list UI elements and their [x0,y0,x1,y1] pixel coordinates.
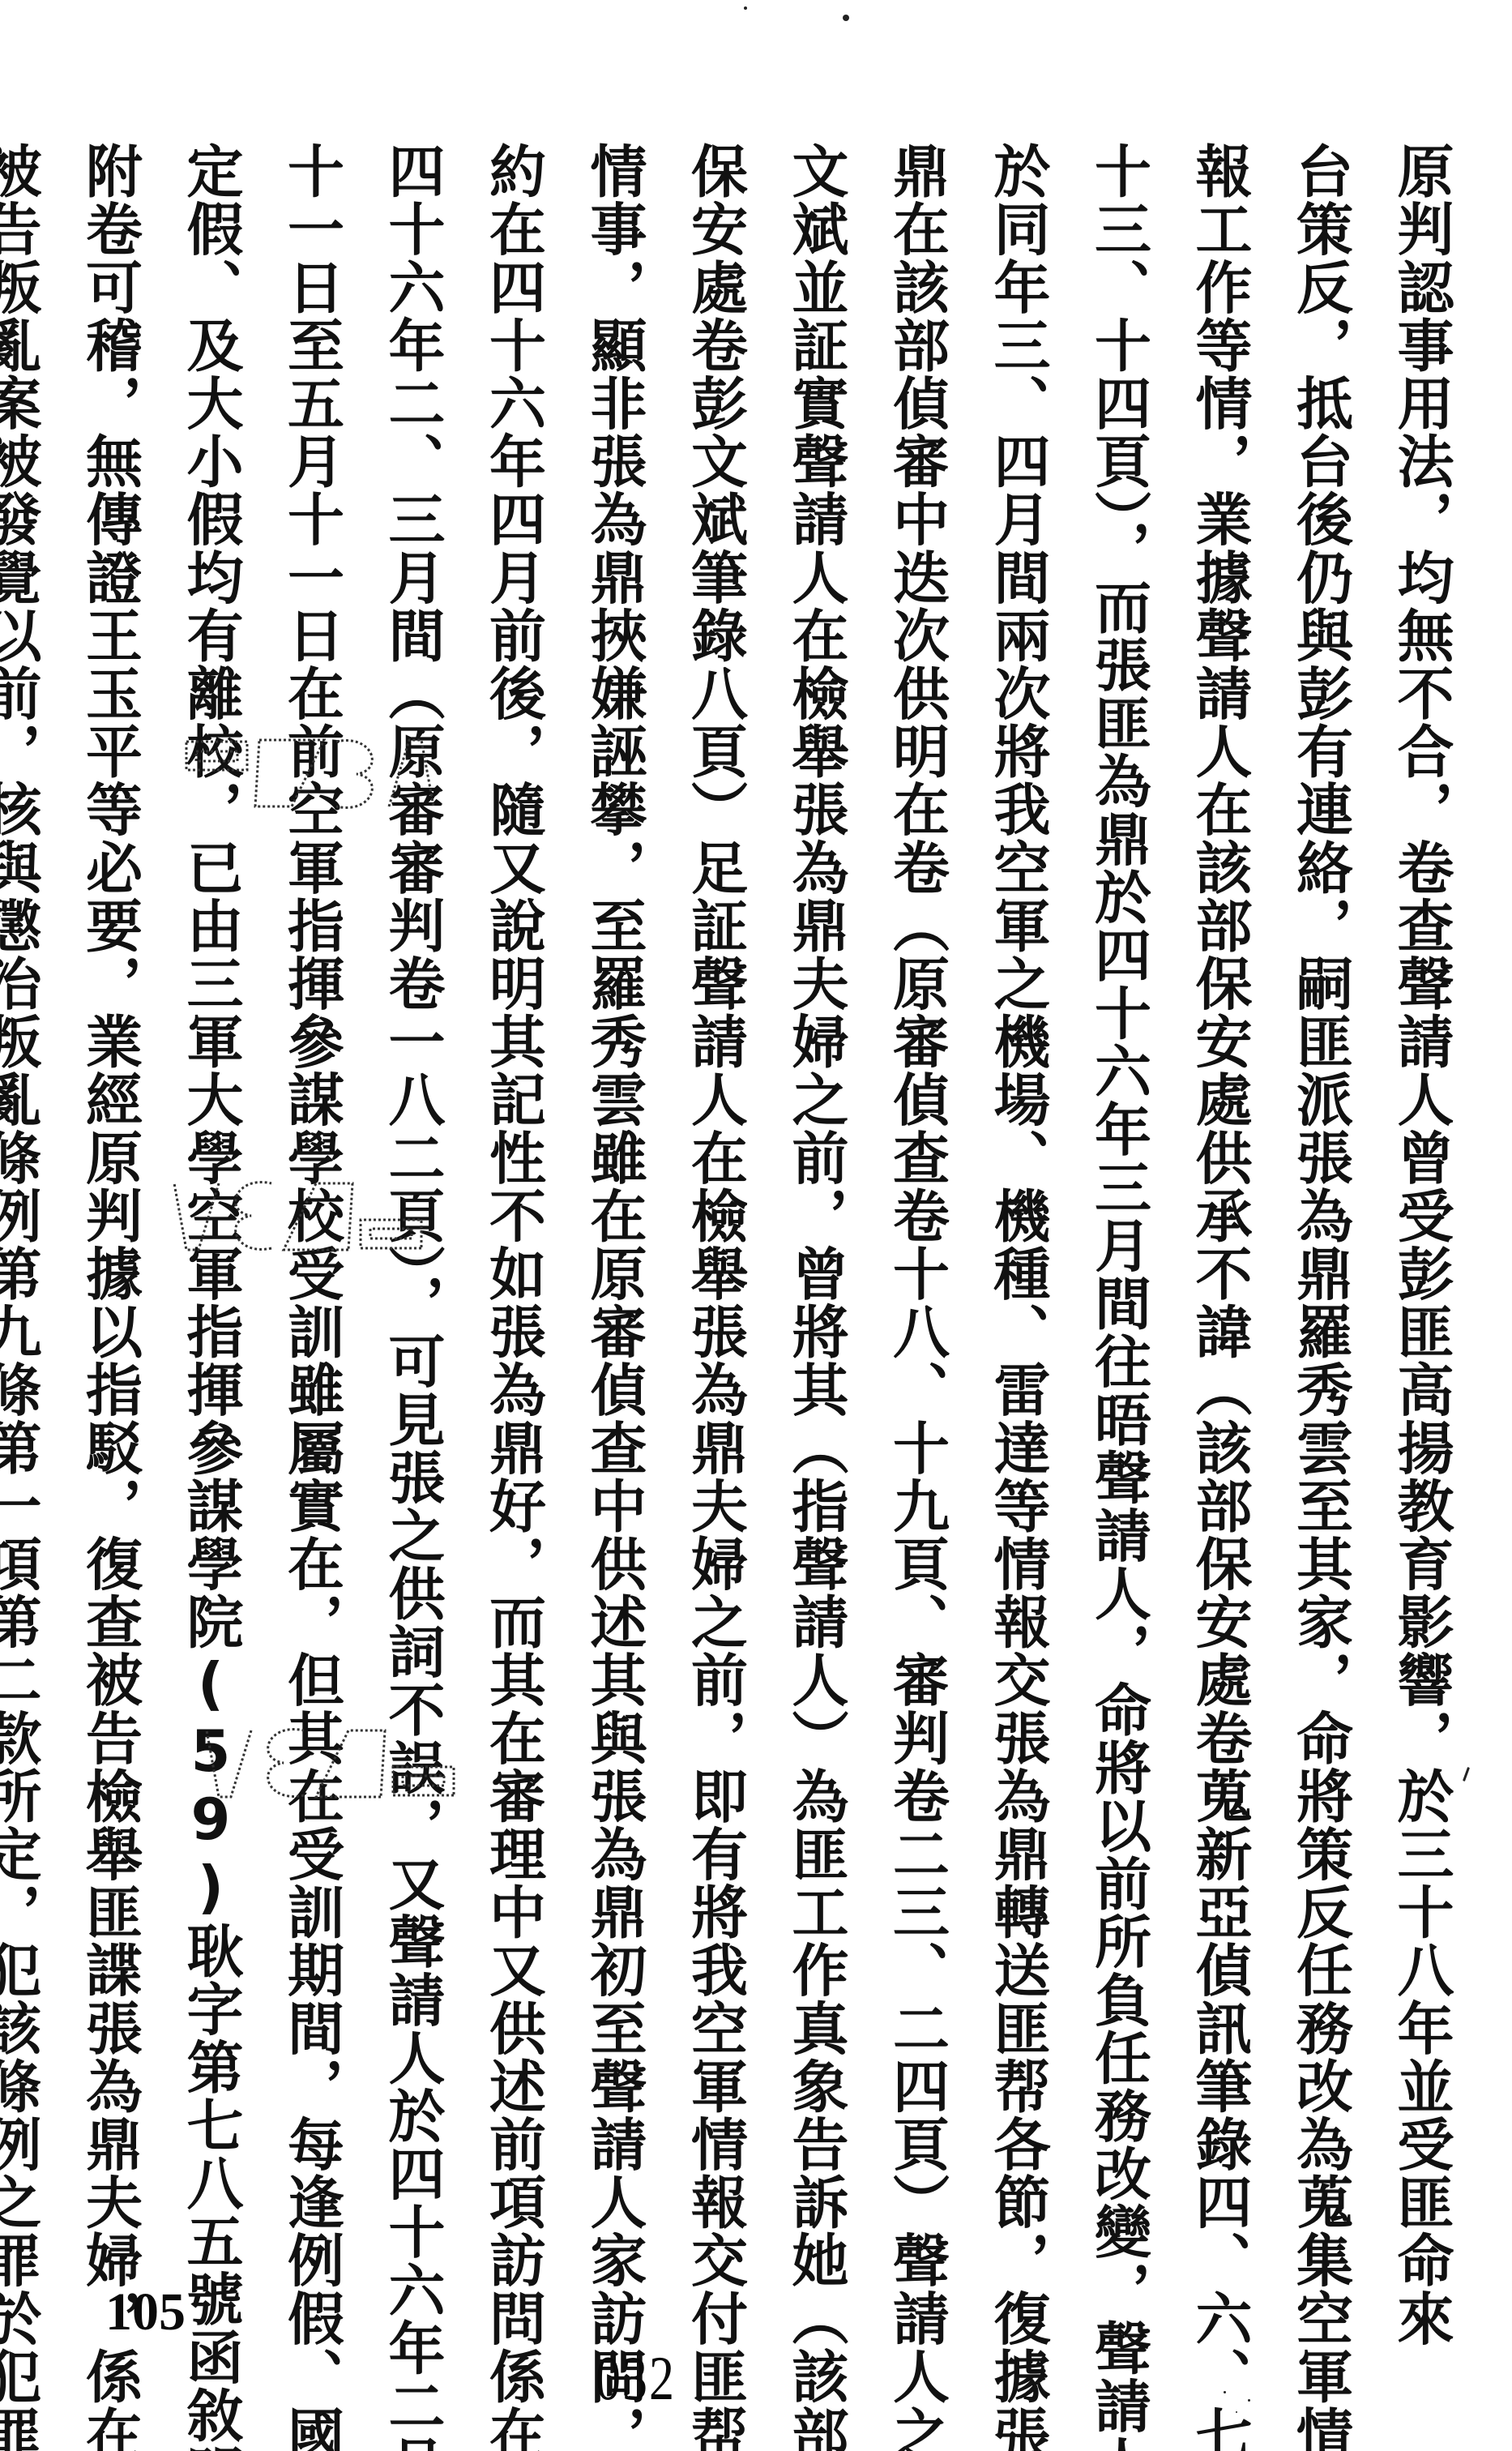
text-column-6: 鼎在該部偵審中迭次供明在卷（原審偵查卷十八、十九頁、審判卷二三、二四頁）聲請人之… [866,142,967,2217]
text-column-9: 情事，顯非張為鼎挾嫌誣攀，至羅秀雲雖在原審偵查中供述其與張為鼎初至聲請人家訪問， [564,142,665,2217]
text-column-12: 十一日至五月十一日在前空軍指揮參謀學校受訓雖屬實在，但其在受訓期間，每逢例假、國 [261,142,362,2217]
text-column-5: 於同年三、四月間兩次將我空軍之機場、機種、雷達等情報交張為鼎轉送匪帮各節，復據張… [967,142,1069,2217]
text-column-2: 台策反，抵台後仍與彭有連絡，嗣匪派張為鼎羅秀雲至其家，命將策反任務改為蒐集空軍情 [1270,142,1371,2217]
text-column-8: 保安處卷彭文斌筆錄八頁）足証聲請人在檢舉張為鼎夫婦之前，即有將我空軍情報交付匪帮 [664,142,766,2217]
text-column-14: 附卷可稽，無傳證王玉平等必要，業經原判據以指駁，復查被告檢舉匪諜張為鼎夫婦，係在 [59,142,160,2217]
text-column-11: 四十六年二、三月間（原審審判卷一八二頁），可見張之供詞不誤，又聲請人於四十六年二… [362,142,463,2217]
text-column-15: 被告叛亂案被發覺以前，核與懲治叛亂條例第九條第一項第二款所定，犯該條例之罪於犯罪 [0,142,59,2217]
text-column-1: 原判認事用法，均無不合，卷查聲請人曾受彭匪高揚教育影響，於三十八年並受匪命來 [1371,142,1472,2217]
page-number-bottom: 032 [596,2343,676,2415]
text-column-4: 十三、十四頁），而張匪為鼎於四十六年三月間往晤聲請人，命將以前所負任務改變，聲請… [1068,142,1169,2217]
vertical-text-block: 原判認事用法，均無不合，卷查聲請人曾受彭匪高揚教育影響，於三十八年並受匪命來 台… [0,142,1471,2217]
text-column-13: 定假、及大小假均有離校，已由三軍大學空軍指揮參謀學院(59)耿字第七八五號函敘明… [160,142,262,2217]
page-number-left: 105 [105,2282,186,2343]
text-column-7: 文斌並証實聲請人在檢舉張為鼎夫婦之前，曾將其（指聲請人）為匪工作真象告訴她（該部 [766,142,867,2217]
text-column-3: 報工作等情，業據聲請人在該部保安處供承不諱（該部保安處卷蒐新亞偵訊筆錄四、六、七… [1169,142,1271,2217]
text-column-10: 約在四十六年四月前後，隨又說明其記性不如張為鼎好，而其在審理中又供述前項訪問係在 [463,142,564,2217]
document-page: 原判認事用法，均無不合，卷查聲請人曾受彭匪高揚教育影響，於三十八年並受匪命來 台… [0,0,1512,2451]
